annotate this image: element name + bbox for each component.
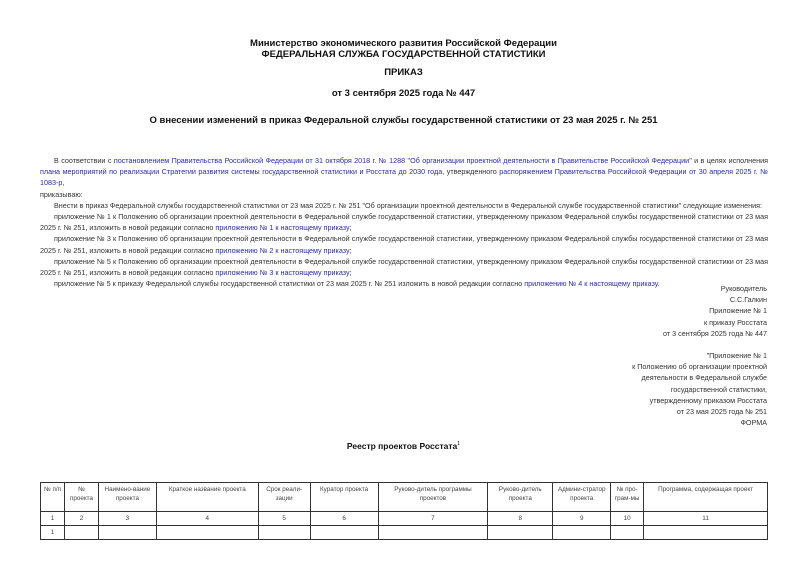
document-date: от 3 сентября 2025 года № 447 [0,88,807,99]
amendment-end: ; [350,223,352,232]
column-header: Куратор проекта [310,483,378,512]
column-header: Программа, содержащая проект [644,483,768,512]
amendment-end: ; [350,246,352,255]
document-subject: О внесении изменений в приказ Федерально… [0,115,807,126]
column-number-cell: 8 [488,512,553,526]
column-number-cell: 2 [64,512,98,526]
link-appendix-2[interactable]: приложению № 2 к настоящему приказу [215,246,349,255]
column-header: Срок реали-зации [258,483,310,512]
table-cell [644,526,768,540]
amendment-end: ; [350,268,352,277]
column-header: № про-грам-мы [611,483,644,512]
appendix-ref: к приказу Росстата [507,317,767,328]
quoted-appendix-date: от 23 мая 2025 года № 251 [507,406,767,417]
column-header: Админи-стратор проекта [553,483,611,512]
link-appendix-3[interactable]: приложению № 3 к настоящему приказу [215,268,349,277]
column-header: № проекта [64,483,98,512]
registry-header-row: № п/п№ проектаНаимено-вание проектаКратк… [41,483,768,512]
table-cell [553,526,611,540]
amendment-item: приложение № 3 к Положению об организаци… [40,233,768,255]
amendment-item: приложение № 5 к Положению об организаци… [40,256,768,278]
column-number-cell: 10 [611,512,644,526]
column-number-cell: 9 [553,512,611,526]
agency-name: ФЕДЕРАЛЬНАЯ СЛУЖБА ГОСУДАРСТВЕННОЙ СТАТИ… [0,49,807,60]
amendment-text: приложение № 5 к приказу Федеральной слу… [54,279,524,288]
table-cell [378,526,488,540]
signature-and-appendix-block: Руководитель С.С.Галкин Приложение № 1 к… [507,283,767,428]
column-header: Руково-дитель программы проектов [378,483,488,512]
column-number-cell: 1 [41,512,65,526]
document-type: ПРИКАЗ [0,67,807,78]
registry-title-text: Реестр проектов Росстата [347,441,457,451]
link-government-decree-1288[interactable]: постановлением Правительства Российской … [114,156,692,165]
column-number-cell: 4 [156,512,258,526]
quoted-appendix-line: к Положению об организации проектной [507,361,767,372]
table-cell [258,526,310,540]
preamble-text: , утвержденного [442,167,499,176]
column-header: Наимено-вание проекта [98,483,156,512]
table-cell [310,526,378,540]
preamble-text: В соответствии с [54,156,114,165]
column-number-row: 1234567891011 [41,512,768,526]
table-cell: 1 [41,526,65,540]
document-body: В соответствии с постановлением Правител… [40,155,768,289]
amendment-text: приложение № 3 к Положению об организаци… [40,234,768,254]
registry-title: Реестр проектов Росстата1 [0,441,807,451]
appendix-date: от 3 сентября 2025 года № 447 [507,328,767,339]
quoted-appendix-line: утвержденному приказом Росстата [507,395,767,406]
table-cell [64,526,98,540]
ministry-name: Министерство экономического развития Рос… [0,38,807,49]
column-header: Краткое название проекта [156,483,258,512]
table-cell [611,526,644,540]
document-header: Министерство экономического развития Рос… [0,38,807,60]
quoted-appendix-line: государственной статистики, [507,384,767,395]
form-label: ФОРМА [507,417,767,428]
link-strategy-action-plan[interactable]: плана мероприятий по реализации Стратеги… [40,167,442,176]
order-word: приказываю: [40,189,768,200]
preamble-paragraph: В соответствии с постановлением Правител… [40,155,768,189]
column-number-cell: 5 [258,512,310,526]
table-cell [156,526,258,540]
column-header: № п/п [41,483,65,512]
footnote-mark[interactable]: 1 [457,441,460,447]
preamble-text: и в целях исполнения [692,156,768,165]
table-cell [488,526,553,540]
quoted-appendix-label: "Приложение № 1 [507,350,767,361]
amendment-intro: Внести в приказ Федеральной службы госуд… [40,200,768,211]
preamble-text: , [62,178,64,187]
amendment-item: приложение № 1 к Положению об организаци… [40,211,768,233]
quoted-appendix-line: деятельности в Федеральной службе [507,372,767,383]
column-number-cell: 6 [310,512,378,526]
signatory-name: С.С.Галкин [507,294,767,305]
table-row: 1 [41,526,768,540]
amendment-text: приложение № 1 к Положению об организаци… [40,212,768,232]
link-appendix-1[interactable]: приложению № 1 к настоящему приказу [215,223,349,232]
amendment-text: приложение № 5 к Положению об организаци… [40,257,768,277]
column-header: Руково-дитель проекта [488,483,553,512]
appendix-label: Приложение № 1 [507,305,767,316]
registry-body: 12345678910111 [41,512,768,540]
column-number-cell: 7 [378,512,488,526]
table-cell [98,526,156,540]
column-number-cell: 3 [98,512,156,526]
column-number-cell: 11 [644,512,768,526]
signatory-position: Руководитель [507,283,767,294]
registry-table: № п/п№ проектаНаимено-вание проектаКратк… [40,482,768,540]
